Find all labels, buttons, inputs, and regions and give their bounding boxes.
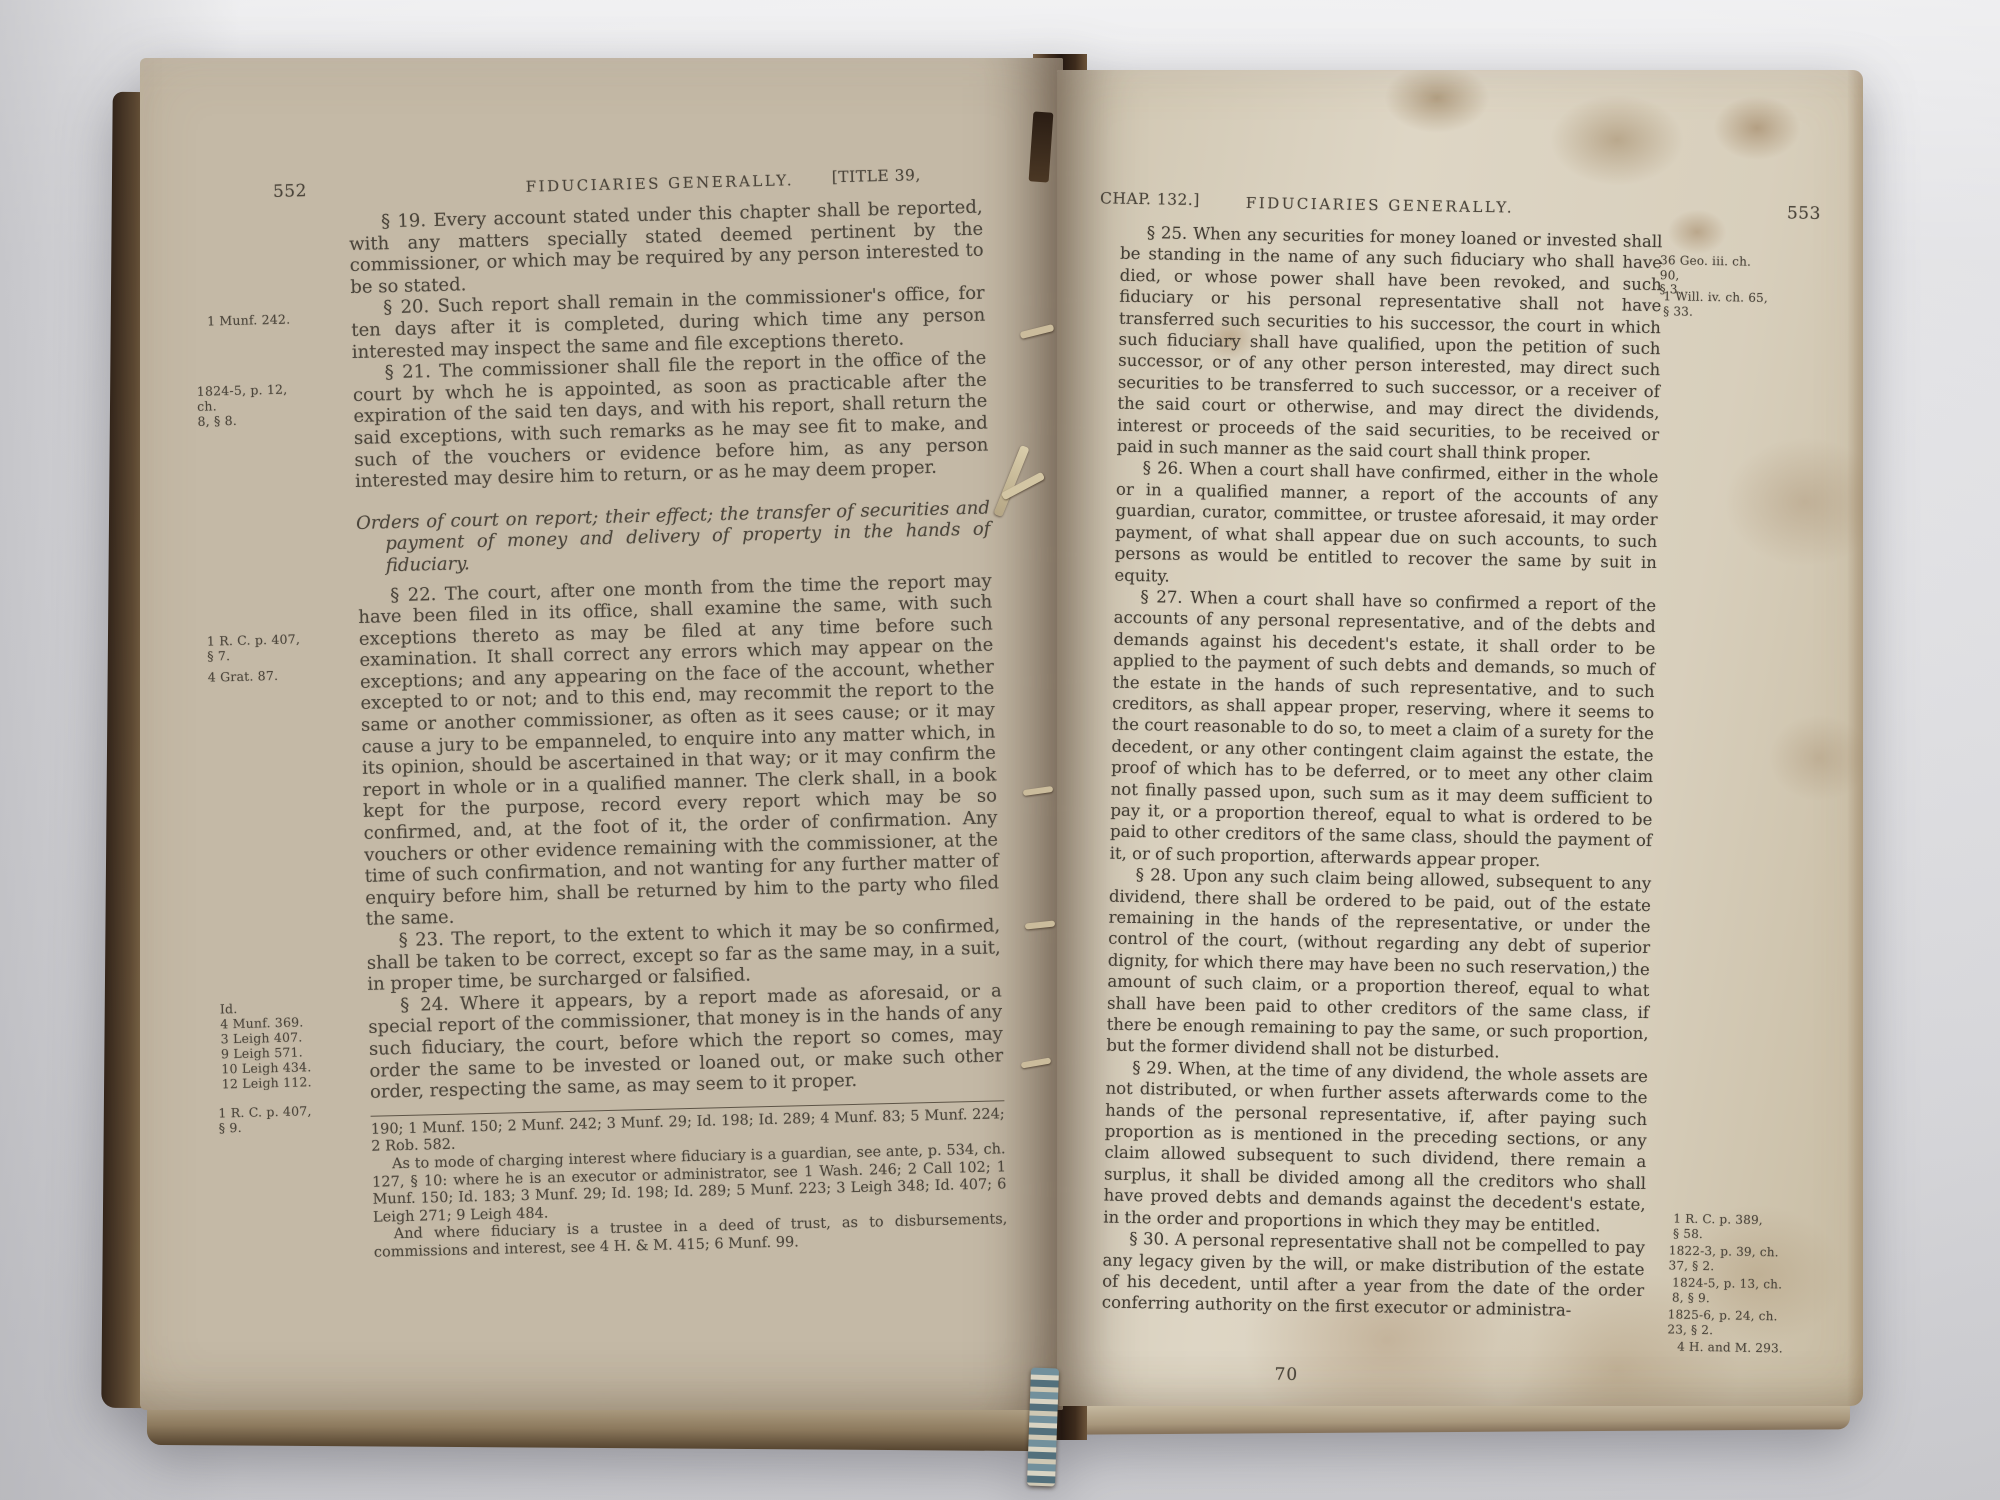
margin-note-1824-5-right: 1824-5, p. 13, ch. 8, § 9. [1672,1275,1784,1306]
left-page-number: 552 [273,181,307,202]
margin-note-1824-5: 1824-5, p. 12, ch. 8, § 8. [197,381,298,428]
photo-background: 552 FIDUCIARIES GENERALLY. [TITLE 39, § … [0,0,2000,1500]
section-22: § 22. The court, after one month from th… [358,570,1000,931]
left-title-reference: [TITLE 39, [832,166,921,186]
section-25: § 25. When any securities for money loan… [1117,222,1663,467]
left-page: 552 FIDUCIARIES GENERALLY. [TITLE 39, § … [140,58,1063,1410]
section-26: § 26. When a court shall have confirmed,… [1114,457,1658,595]
right-page: CHAP. 132.] FIDUCIARIES GENERALLY. 553 §… [1057,70,1863,1406]
margin-note-1825-6: 1825-6, p. 24, ch. 23, § 2. [1667,1307,1779,1338]
right-running-head: FIDUCIARIES GENERALLY. [1225,194,1535,217]
section-19: § 19. Every account stated under this ch… [348,197,984,299]
section-29: § 29. When, at the time of any dividend,… [1103,1056,1648,1237]
margin-note-1822-3: 1822-3, p. 39, ch. 37, § 2. [1668,1243,1780,1274]
section-30: § 30. A personal representative shall no… [1102,1228,1645,1323]
margin-note-rc-407-7: 1 R. C. p. 407, § 7. [207,631,308,663]
left-page-content: 552 FIDUCIARIES GENERALLY. [TITLE 39, § … [127,47,1083,1421]
left-page-body: § 19. Every account stated under this ch… [348,197,1007,1263]
right-chapter-reference: CHAP. 132.] [1100,189,1200,209]
signature-mark: 70 [1274,1365,1298,1385]
section-21: § 21. The commissioner shall file the re… [352,348,989,493]
right-page-body: § 25. When any securities for money loan… [1102,222,1663,1323]
margin-note-will-iv: 1 Will. iv. ch. 65, § 33. [1663,289,1775,320]
left-running-head: FIDUCIARIES GENERALLY. [500,171,820,197]
margin-note-h-and-m: 4 H. and M. 293. [1677,1340,1789,1356]
margin-note-rc-407-9: 1 R. C. p. 407, § 9. [218,1103,319,1135]
open-book: 552 FIDUCIARIES GENERALLY. [TITLE 39, § … [95,46,1885,1460]
section-27: § 27. When a court shall have so confirm… [1109,586,1656,874]
margin-note-munf-242: 1 Munf. 242. [207,311,307,328]
cross-heading: Orders of court on report; their effect;… [356,497,991,577]
right-page-content: CHAP. 132.] FIDUCIARIES GENERALLY. 553 §… [1036,69,1865,1419]
section-28: § 28. Upon any such claim being allowed,… [1106,864,1651,1066]
margin-note-grat-87: 4 Grat. 87. [208,667,308,684]
section-24: § 24. Where it appears, by a report made… [368,980,1004,1103]
endband-woven [1027,1368,1059,1487]
margin-note-rc-389: 1 R. C. p. 389, § 58. [1673,1212,1785,1243]
margin-note-case-list: Id. 4 Munf. 369. 3 Leigh 407. 9 Leigh 57… [220,999,322,1091]
right-page-number: 553 [1787,203,1821,224]
